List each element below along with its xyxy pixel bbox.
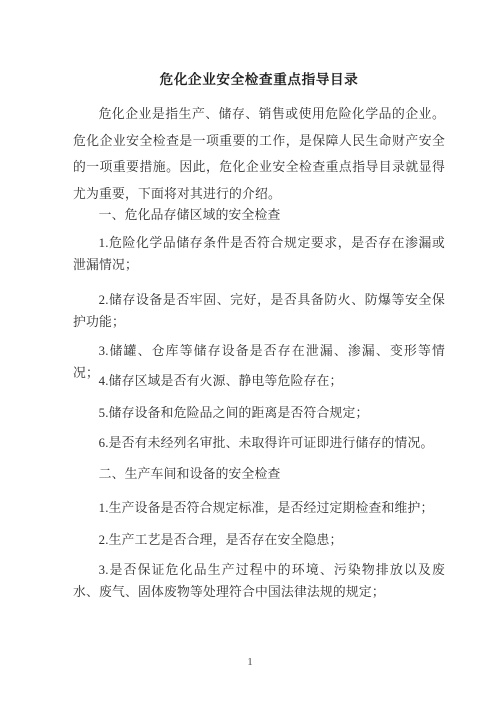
section-1-item-4: 4.储存区域是否有火源、静电等危险存在； <box>73 371 445 393</box>
document-title: 危化企业安全检查重点指导目录 <box>73 70 445 90</box>
section-1-item-2: 2.储存设备是否牢固、完好，是否具备防火、防爆等安全保护功能； <box>73 290 445 333</box>
section-1-item-1: 1.危险化学品储存条件是否符合规定要求，是否存在渗漏或泄漏情况； <box>73 233 445 276</box>
section-2-item-2: 2.生产工艺是否合理，是否存在安全隐患； <box>73 530 445 552</box>
section-2-item-1: 1.生产设备是否符合规定标准，是否经过定期检查和维护； <box>73 498 445 520</box>
section-2-heading: 二、生产车间和设备的安全检查 <box>73 464 445 484</box>
section-1-item-5: 5.储存设备和危险品之间的距离是否符合规定； <box>73 403 445 425</box>
section-2-item-3: 3.是否保证危化品生产过程中的环境、污染物排放以及废水、废气、固体废物等处理符合… <box>73 560 445 603</box>
section-1-item-6: 6.是否有未经列名审批、未取得许可证即进行储存的情况。 <box>73 433 445 455</box>
intro-paragraph: 危化企业是指生产、储存、销售或使用危险化学品的企业。危化企业安全检查是一项重要的… <box>73 101 445 207</box>
section-1-heading: 一、危化品存储区域的安全检查 <box>73 205 445 225</box>
page-number: 1 <box>0 655 500 669</box>
document-page: 危化企业安全检查重点指导目录 危化企业是指生产、储存、销售或使用危险化学品的企业… <box>0 0 500 707</box>
